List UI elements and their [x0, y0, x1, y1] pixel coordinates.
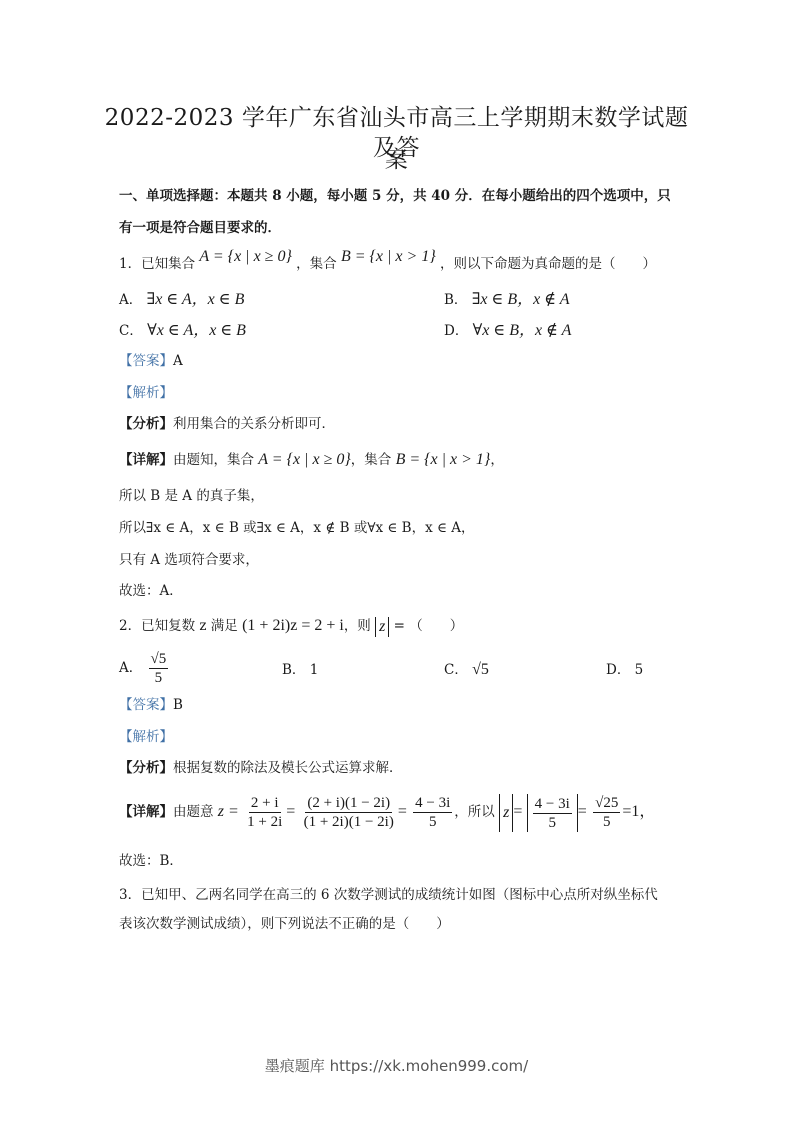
- document-title-line2: 案: [100, 145, 693, 175]
- option-text: ∃x ∈ A，x ∈ B: [147, 291, 245, 308]
- q2-equation: (1 + 2i)z = 2 + i: [242, 617, 344, 634]
- fenxi-text: 利用集合的关系分析即可．: [173, 416, 335, 432]
- result: =1，: [622, 803, 655, 820]
- xiangjie-text: 由题意: [173, 804, 214, 820]
- option-text: 1: [310, 662, 319, 678]
- question-2-stem: 2．已知复数 z 满足 (1 + 2i)z = 2 + i，则 z = （ ）: [119, 616, 463, 637]
- q1-set-a: A = {x | x ≥ 0}: [199, 248, 291, 265]
- q1-xiangjie: 【详解】由题知，集合 A = {x | x ≥ 0}，集合 B = {x | x…: [119, 450, 504, 470]
- so-text: ，所以: [454, 804, 495, 820]
- q1-set-b: B = {x | x > 1}: [341, 248, 436, 265]
- xiangjie-text: 由题知，集合: [173, 452, 254, 468]
- option-text: 5: [635, 662, 644, 678]
- fraction-2: (2 + i)(1 − 2i)(1 + 2i)(1 − 2i): [302, 794, 396, 831]
- numerator: 2 + i: [249, 794, 281, 813]
- q2-option-d: D． 5: [606, 660, 643, 680]
- xiangjie-label: 【详解】: [119, 452, 173, 468]
- option-label: D．: [606, 662, 630, 678]
- q1-option-d: D． ∀x ∈ B，x ∉ A: [444, 321, 571, 341]
- q2-abs-z: z: [375, 617, 389, 637]
- xiangjie-label: 【详解】: [119, 804, 173, 820]
- numerator: 4 − 3i: [533, 795, 572, 814]
- q1-option-a: A． ∃x ∈ A，x ∈ B: [119, 290, 244, 310]
- q1-prefix: 1．已知集合: [119, 256, 195, 272]
- answer-value: A: [173, 353, 183, 369]
- numerator: (2 + i)(1 − 2i): [305, 794, 392, 813]
- abs-z: z: [499, 794, 513, 832]
- numerator: √5: [149, 650, 169, 669]
- option-label: C．: [119, 323, 143, 339]
- fenxi-label: 【分析】: [119, 416, 173, 432]
- option-text: ∀x ∈ A，x ∈ B: [147, 322, 246, 339]
- numerator: √25: [593, 794, 620, 813]
- q2-prefix: 2．已知复数 z 满足: [119, 618, 238, 634]
- q1-line-b: 所以 B 是 A 的真子集，: [119, 486, 264, 506]
- q1-option-c: C． ∀x ∈ A，x ∈ B: [119, 321, 246, 341]
- option-label: B．: [444, 292, 467, 308]
- q1-fenxi: 【分析】利用集合的关系分析即可．: [119, 414, 335, 434]
- q2-analysis-label: 【解析】: [119, 727, 173, 747]
- numerator: 4 − 3i: [413, 794, 452, 813]
- q1-line-e: 故选：A．: [119, 581, 183, 601]
- q1-suffix: ，则以下命题为真命题的是（ ）: [440, 256, 656, 272]
- abs-fraction: 4 − 3i5: [527, 794, 578, 832]
- q1-line-c: 所以∃x ∈ A，x ∈ B 或∃x ∈ A，x ∉ B 或∀x ∈ B，x ∈…: [119, 518, 475, 538]
- question-1-stem: 1．已知集合 A = {x | x ≥ 0} ，集合 B = {x | x > …: [119, 254, 656, 274]
- question-3-line2: 表该次数学测试成绩），则下列说法不正确的是（ ）: [119, 914, 450, 934]
- q2-mid: ，则: [344, 618, 371, 634]
- option-text: √5: [472, 661, 489, 678]
- option-label: C．: [444, 662, 468, 678]
- denominator: 1 + 2i: [245, 813, 284, 831]
- footer-watermark: 墨痕题库 https://xk.mohen999.com/: [0, 1055, 793, 1076]
- section-heading-line1: 一、单项选择题：本题共 8 小题，每小题 5 分，共 40 分．在每小题给出的四…: [119, 186, 671, 206]
- fraction-1: 2 + i1 + 2i: [245, 794, 284, 831]
- q1-line-d: 只有 A 选项符合要求，: [119, 550, 259, 570]
- xiangjie-set-b: B = {x | x > 1}: [396, 451, 491, 468]
- q2-option-a: A． √5 5: [119, 650, 170, 687]
- denominator: 5: [427, 813, 439, 831]
- xiangjie-set-a: A = {x | x ≥ 0}: [258, 451, 350, 468]
- q1-answer: 【答案】A: [119, 351, 183, 371]
- option-label: D．: [444, 323, 468, 339]
- fraction-5: √255: [593, 794, 620, 831]
- denominator: 5: [546, 814, 558, 832]
- denominator: 5: [601, 813, 613, 831]
- option-label: A．: [119, 660, 142, 676]
- denominator: (1 + 2i)(1 − 2i): [302, 813, 396, 831]
- fenxi-label: 【分析】: [119, 760, 173, 776]
- question-3-line1: 3．已知甲、乙两名同学在高三的 6 次数学测试的成绩统计如图（图标中心点所对纵坐…: [119, 885, 658, 905]
- answer-value: B: [173, 697, 183, 713]
- xiangjie-end: ，: [490, 452, 504, 468]
- q2-fenxi: 【分析】根据复数的除法及模长公式运算求解．: [119, 758, 403, 778]
- q2-option-b: B． 1: [282, 660, 318, 680]
- fenxi-text: 根据复数的除法及模长公式运算求解．: [173, 760, 403, 776]
- option-text: ∀x ∈ B，x ∉ A: [473, 322, 572, 339]
- option-text: ∃x ∈ B，x ∉ A: [472, 291, 570, 308]
- fraction: √5 5: [149, 650, 169, 687]
- option-label: B．: [282, 662, 305, 678]
- q2-option-c: C． √5: [444, 660, 489, 680]
- z-equals: z =: [218, 803, 239, 820]
- q1-analysis-label: 【解析】: [119, 383, 173, 403]
- denominator: 5: [153, 669, 165, 687]
- q2-answer: 【答案】B: [119, 695, 183, 715]
- option-label: A．: [119, 292, 142, 308]
- document-page: 2022-2023 学年广东省汕头市高三上学期期末数学试题及答 案 一、单项选择…: [0, 0, 793, 1122]
- q1-option-b: B． ∃x ∈ B，x ∉ A: [444, 290, 570, 310]
- q2-xiangjie: 【详解】由题意 z = 2 + i1 + 2i= (2 + i)(1 − 2i)…: [119, 793, 655, 832]
- xiangjie-mid: ，集合: [351, 452, 392, 468]
- answer-label: 【答案】: [119, 353, 173, 369]
- fraction-3: 4 − 3i5: [413, 794, 452, 831]
- q1-mid: ，集合: [296, 256, 337, 272]
- q2-suffix: = （ ）: [389, 618, 463, 634]
- q2-conclusion: 故选：B．: [119, 851, 183, 871]
- answer-label: 【答案】: [119, 697, 173, 713]
- fraction-4: 4 − 3i5: [533, 795, 572, 832]
- section-heading-line2: 有一项是符合题目要求的．: [119, 218, 281, 238]
